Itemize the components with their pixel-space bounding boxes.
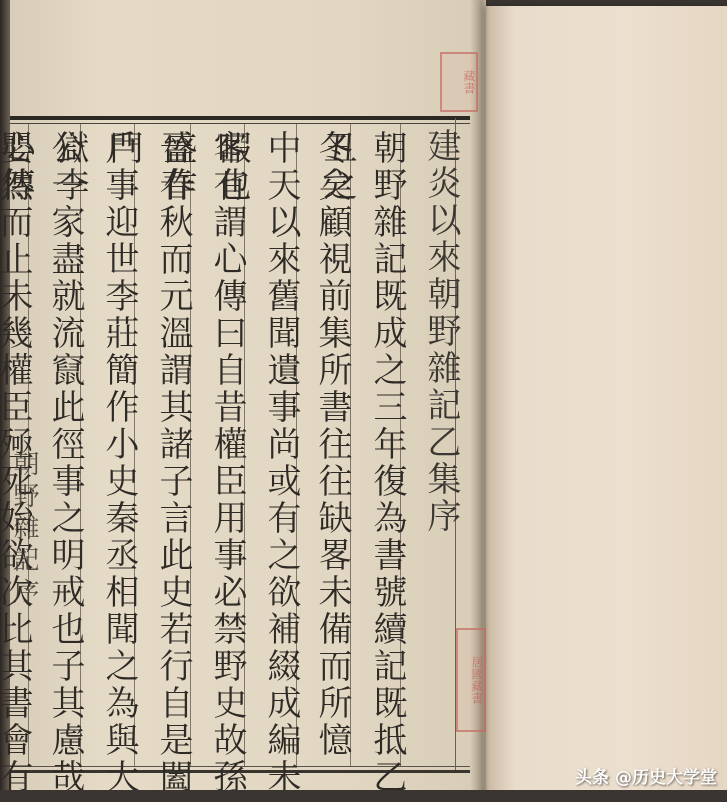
- text-column-6: 戶事迎世李莊簡作小史秦丞相聞之為與大獄李: [94, 130, 144, 802]
- collector-seal-bottom: 居國藏書: [456, 628, 486, 732]
- collector-seal-top: 藏書: [440, 52, 478, 112]
- watermark: 头条 @历史大学堂: [575, 763, 717, 788]
- book-spread: 建炎以來朝野雜記乙集序 朝野雜記既成之三年復為書號續記既抵乙丑之 冬矣顧視前集所…: [0, 0, 727, 802]
- text-column-5: 晉春秋而元溫謂其諸子言此史若行自是闔門: [148, 130, 198, 802]
- frame-top-inner-border: [10, 123, 470, 124]
- block-heart-title: 朝野雜記序: [6, 450, 43, 610]
- text-column-3: 中天以來舊聞遺事尚或有之欲補綴成編未暇也: [256, 130, 306, 802]
- folio-number: 一: [12, 732, 26, 752]
- text-column-7: 公一家盡就流竄此徑事之明戒也子其慮哉心傳: [40, 130, 90, 802]
- right-page-cover: [486, 6, 727, 796]
- table-surface: [0, 790, 727, 802]
- preface-title: 建炎以來朝野雜記乙集序: [416, 128, 466, 535]
- text-column-2: 冬矣顧視前集所書往往缺畧未備而所憶: [307, 130, 357, 759]
- text-column-4: 客有謂心傳曰自昔權臣用事必禁野史故孫盛作: [202, 130, 252, 802]
- frame-top-border: [10, 116, 470, 120]
- text-column-1: 朝野雜記既成之三年復為書號續記既抵乙丑之: [362, 130, 412, 802]
